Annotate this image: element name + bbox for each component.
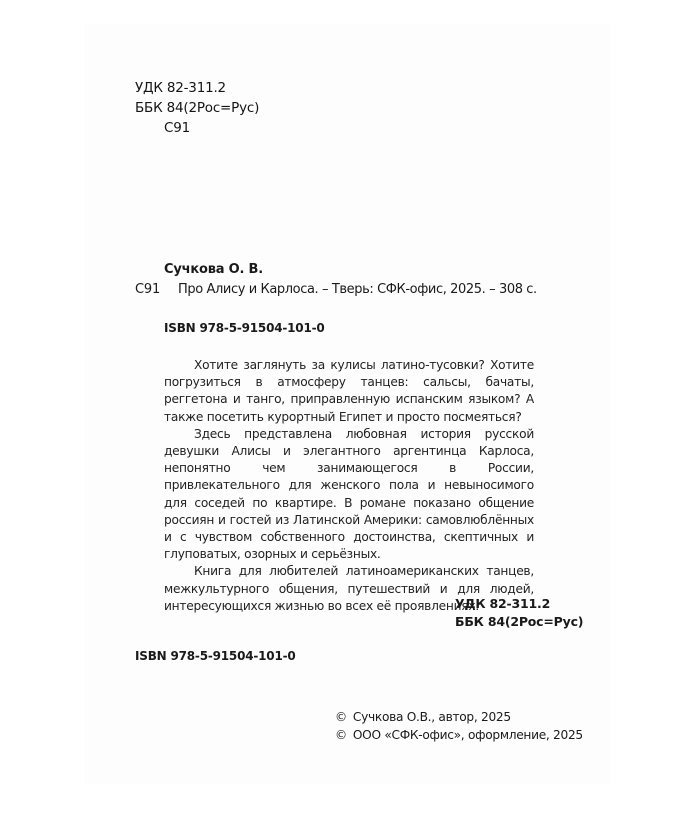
bibliographic-description: Про Алису и Карлоса. – Тверь: СФК-офис, … <box>178 282 537 297</box>
copyright-icon: © <box>335 710 347 724</box>
isbn-entry: ISBN 978-5-91504-101-0 <box>164 321 325 335</box>
author-mark-top: С91 <box>164 118 190 138</box>
copyright-author-text: Сучкова О.В., автор, 2025 <box>353 710 511 724</box>
annotation-paragraph: Здесь представлена любовная история русс… <box>164 426 534 564</box>
copyright-publisher: ©ООО «СФК-офис», оформление, 2025 <box>335 728 583 742</box>
udk-code-top: УДК 82-311.2 <box>135 78 226 98</box>
book-imprint-page: УДК 82-311.2 ББК 84(2Рос=Рус) С91 Сучков… <box>0 0 691 822</box>
annotation-paragraph: Хотите заглянуть за кулисы латино-тусовк… <box>164 357 534 426</box>
copyright-icon: © <box>335 728 347 742</box>
isbn-bottom: ISBN 978-5-91504-101-0 <box>135 649 296 663</box>
author-mark-entry: С91 <box>135 282 160 297</box>
bbk-code-top: ББК 84(2Рос=Рус) <box>135 98 259 118</box>
annotation: Хотите заглянуть за кулисы латино-тусовк… <box>164 357 534 615</box>
udk-code-bottom: УДК 82-311.2 <box>455 596 550 611</box>
bbk-code-bottom: ББК 84(2Рос=Рус) <box>455 614 583 629</box>
copyright-author: ©Сучкова О.В., автор, 2025 <box>335 710 511 724</box>
copyright-publisher-text: ООО «СФК-офис», оформление, 2025 <box>353 728 583 742</box>
author-name: Сучкова О. В. <box>164 262 263 277</box>
